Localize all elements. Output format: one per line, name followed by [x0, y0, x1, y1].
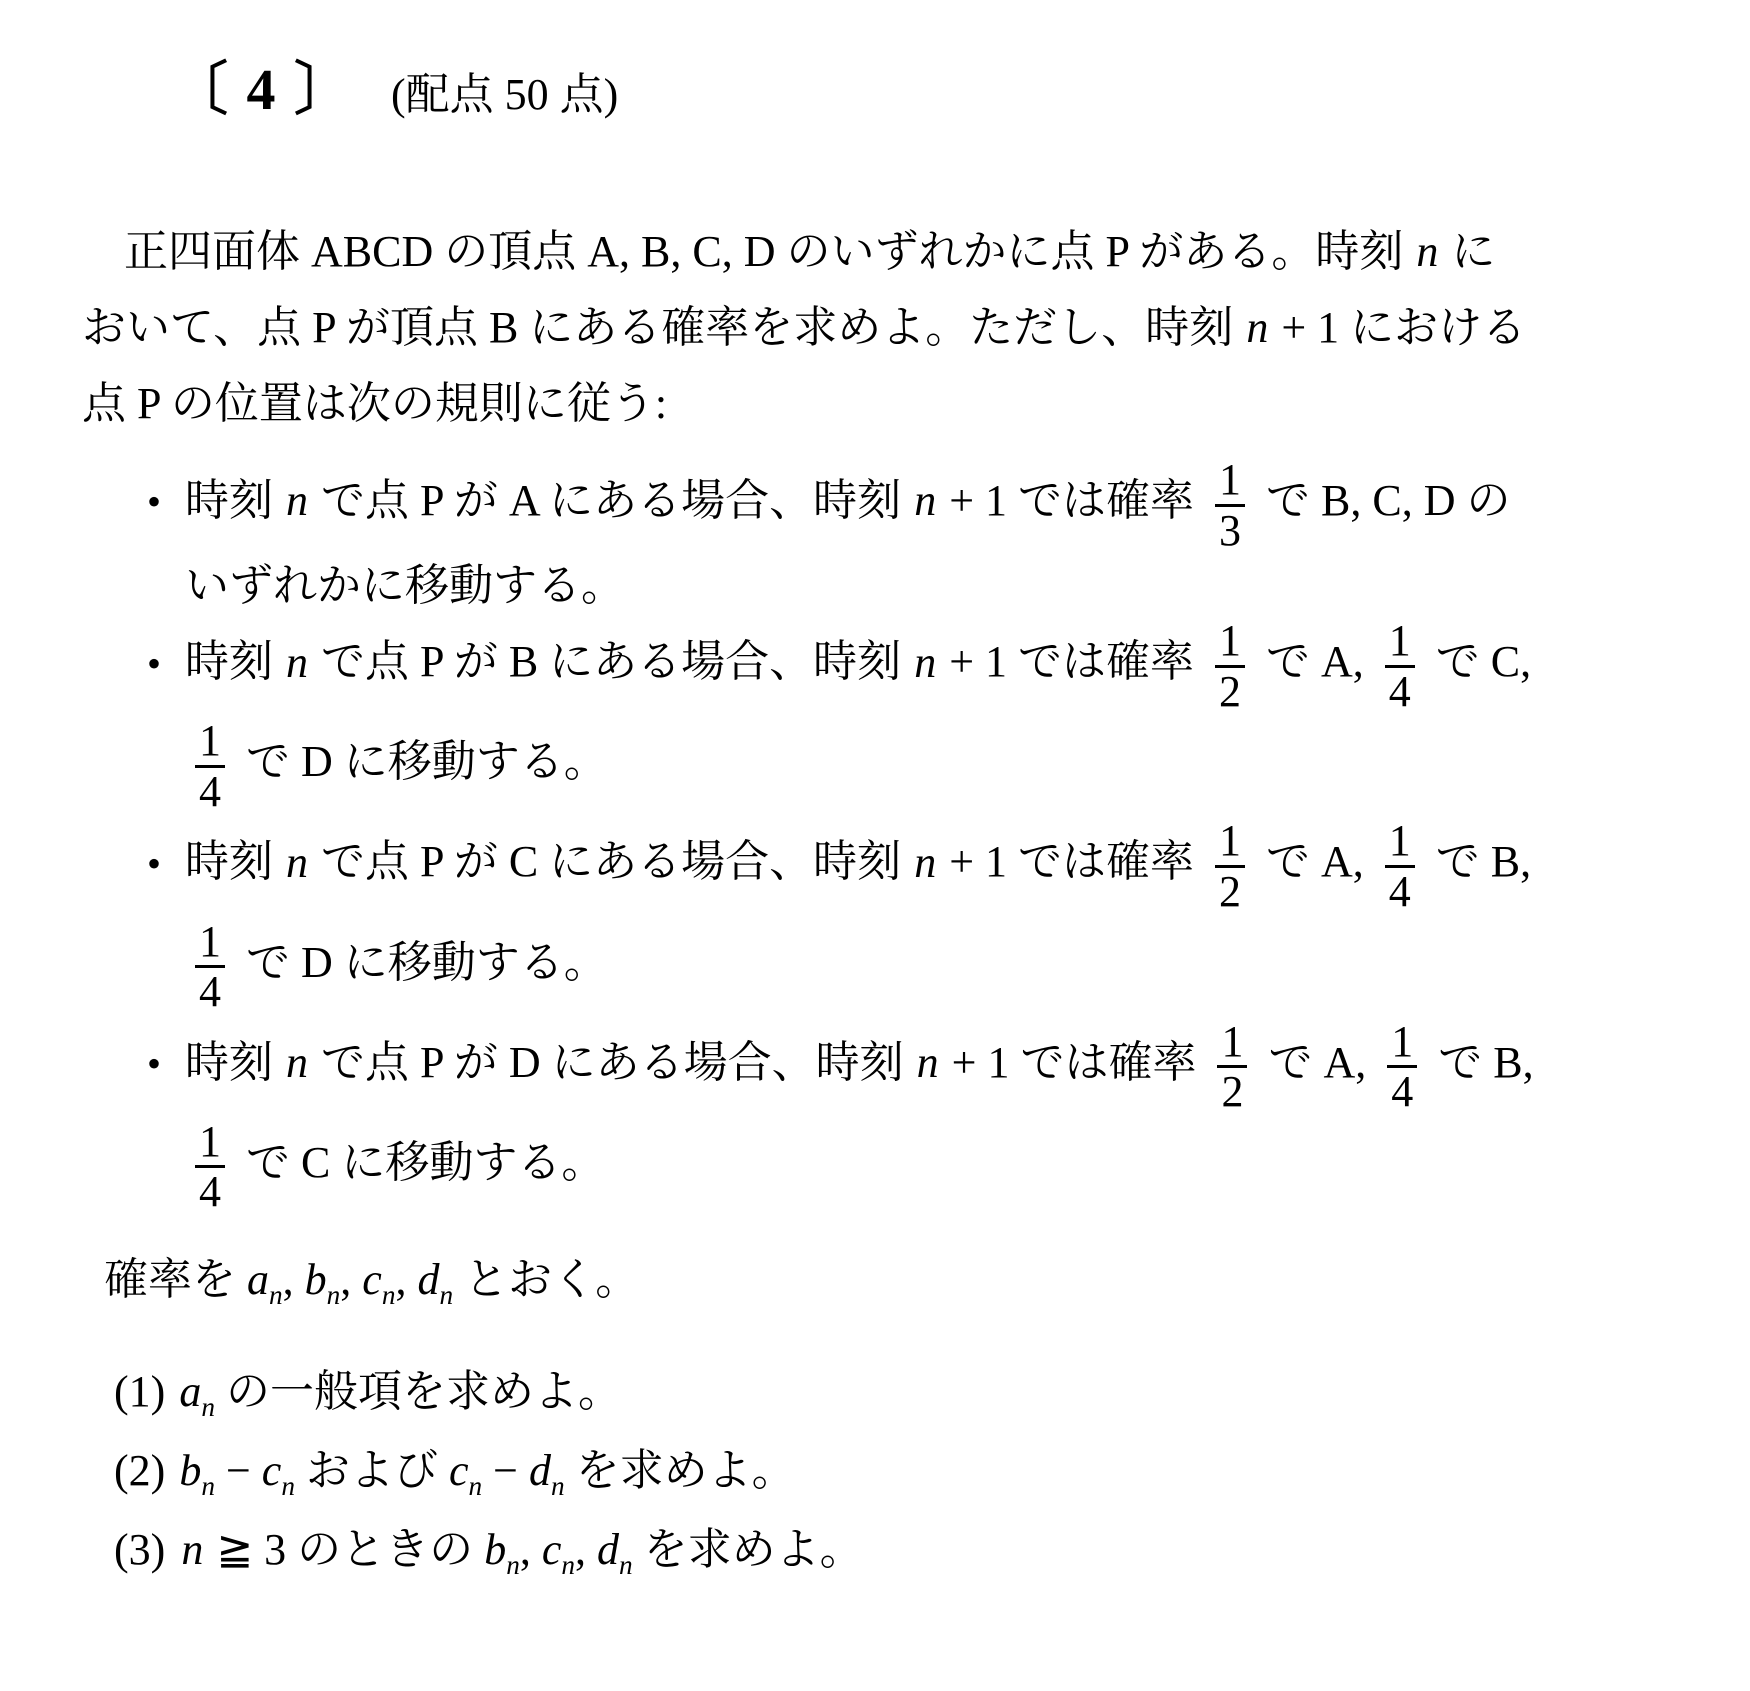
bullet-icon: •	[147, 1037, 185, 1091]
text-segment: 点 P の位置は次の規則に従う:	[82, 379, 667, 428]
bullet-icon: •	[147, 475, 185, 529]
variable-base: c	[542, 1525, 562, 1574]
variable-subscript: n	[382, 1279, 396, 1309]
fraction-numerator: 1	[195, 1118, 225, 1166]
math-subscript-variable: dn	[417, 1255, 453, 1304]
fraction-numerator: 1	[1215, 456, 1245, 504]
text-segment: で B, C, D の	[1255, 476, 1510, 525]
fraction: 14	[195, 1118, 225, 1216]
variable-base: a	[247, 1255, 269, 1304]
text-segment: で D に移動する。	[235, 738, 608, 787]
text-segment: で B,	[1425, 838, 1531, 887]
math-subscript-variable: cn	[449, 1446, 482, 1495]
fraction-denominator: 2	[1217, 1065, 1247, 1116]
questions-list: (1)an の一般項を求めよ。(2)bn − cn および cn − dn を求…	[114, 1366, 1670, 1576]
text-segment: を求めよ。	[565, 1446, 796, 1495]
text-segment: に	[1440, 227, 1495, 276]
variable-base: d	[529, 1446, 551, 1495]
fraction-numerator: 1	[195, 717, 225, 765]
math-subscript-variable: an	[179, 1367, 215, 1416]
text-segment: および	[295, 1446, 449, 1495]
intro-line-3: 点 P の位置は次の規則に従う:	[82, 366, 1670, 442]
math-variable: n	[284, 838, 310, 887]
question-line: (2)bn − cn および cn − dn を求めよ。	[114, 1445, 1670, 1497]
text-segment: いずれかに移動する。	[185, 561, 625, 610]
rule-line: •時刻 n で点 P が D にある場合、時刻 n + 1 では確率 12 で …	[185, 1018, 1670, 1116]
variable-subscript: n	[506, 1549, 520, 1579]
text-segment: ≧ 3 のときの	[205, 1525, 484, 1574]
text-segment: −	[482, 1446, 529, 1495]
math-variable: n	[912, 638, 938, 687]
fraction-denominator: 4	[195, 1165, 225, 1216]
math-subscript-variable: dn	[597, 1525, 633, 1574]
math-variable: n	[912, 838, 938, 887]
variable-base: a	[179, 1367, 201, 1416]
math-variable: n	[284, 638, 310, 687]
text-segment: + 1 では確率	[938, 638, 1205, 687]
document-page: 〔 4 〕 (配点 50 点) 正四面体 ABCD の頂点 A, B, C, D…	[0, 0, 1750, 1691]
variable-base: c	[449, 1446, 469, 1495]
text-segment: おいて、点 P が頂点 B にある確率を求めよ。ただし、時刻	[82, 303, 1244, 352]
text-segment: で A,	[1257, 1038, 1377, 1087]
bullet-icon: •	[147, 837, 185, 891]
text-segment: で D に移動する。	[235, 938, 608, 987]
variable-base: b	[305, 1255, 327, 1304]
variable-subscript: n	[281, 1470, 295, 1500]
math-subscript-variable: cn	[362, 1255, 395, 1304]
variable-subscript: n	[468, 1470, 482, 1500]
variable-subscript: n	[201, 1391, 215, 1421]
text-segment: 時刻	[185, 476, 284, 525]
fraction-numerator: 1	[1385, 617, 1415, 665]
math-variable: n	[284, 1038, 310, 1087]
text-segment: ,	[575, 1525, 597, 1574]
rule-item: •時刻 n で点 P が A にある場合、時刻 n + 1 では確率 13 で …	[185, 456, 1670, 615]
fraction: 12	[1217, 1018, 1247, 1116]
math-variable: n	[284, 476, 310, 525]
math-subscript-variable: bn	[484, 1525, 520, 1574]
text-segment: とおく。	[453, 1255, 639, 1304]
math-variable: n	[912, 476, 938, 525]
intro-line-1: 正四面体 ABCD の頂点 A, B, C, D のいずれかに点 P がある。時…	[82, 214, 1670, 290]
variable-subscript: n	[201, 1470, 215, 1500]
text-segment: + 1 における	[1270, 303, 1526, 352]
text-segment: 時刻	[185, 838, 284, 887]
text-segment: ,	[520, 1525, 542, 1574]
text-segment: で点 P が D にある場合、時刻	[310, 1038, 915, 1087]
text-segment: ,	[395, 1255, 417, 1304]
intro-paragraph: 正四面体 ABCD の頂点 A, B, C, D のいずれかに点 P がある。時…	[82, 214, 1670, 442]
rule-line: •時刻 n で点 P が C にある場合、時刻 n + 1 では確率 12 で …	[185, 817, 1670, 915]
rule-line: •時刻 n で点 P が A にある場合、時刻 n + 1 では確率 13 で …	[185, 456, 1670, 554]
variable-subscript: n	[439, 1279, 453, 1309]
math-variable: n	[1244, 303, 1270, 352]
fraction: 14	[1387, 1018, 1417, 1116]
text-segment: 時刻	[185, 638, 284, 687]
text-segment: で C,	[1425, 638, 1531, 687]
fraction-denominator: 4	[195, 765, 225, 816]
fraction-numerator: 1	[1385, 817, 1415, 865]
variable-base: c	[362, 1255, 382, 1304]
fraction-numerator: 1	[1387, 1018, 1417, 1066]
text-segment: −	[215, 1446, 262, 1495]
rule-line: 14 で D に移動する。	[185, 918, 1670, 1016]
fraction-numerator: 1	[195, 918, 225, 966]
rule-line: 14 で D に移動する。	[185, 717, 1670, 815]
problem-number: 〔 4 〕	[170, 57, 354, 122]
text-segment: 確率を	[104, 1255, 247, 1304]
text-segment: 正四面体 ABCD の頂点 A, B, C, D のいずれかに点 P がある。時…	[124, 227, 1414, 276]
text-segment: で点 P が B にある場合、時刻	[310, 638, 912, 687]
variable-base: d	[597, 1525, 619, 1574]
fraction-numerator: 1	[1215, 617, 1245, 665]
text-segment: 時刻	[185, 1038, 284, 1087]
text-segment: ,	[340, 1255, 362, 1304]
question-label: (1)	[114, 1367, 165, 1416]
variable-subscript: n	[551, 1470, 565, 1500]
math-subscript-variable: cn	[262, 1446, 295, 1495]
variable-base: d	[417, 1255, 439, 1304]
fraction-denominator: 2	[1215, 665, 1245, 716]
text-segment: で C に移動する。	[235, 1138, 605, 1187]
fraction-numerator: 1	[1217, 1018, 1247, 1066]
math-variable: n	[1414, 227, 1440, 276]
fraction-denominator: 4	[1387, 1065, 1417, 1116]
rule-line: 14 で C に移動する。	[185, 1118, 1670, 1216]
math-subscript-variable: dn	[529, 1446, 565, 1495]
variable-base: c	[262, 1446, 282, 1495]
text-segment: で A,	[1255, 638, 1375, 687]
rule-item: •時刻 n で点 P が B にある場合、時刻 n + 1 では確率 12 で …	[185, 617, 1670, 815]
fraction-denominator: 4	[1385, 665, 1415, 716]
fraction-denominator: 4	[1385, 865, 1415, 916]
text-segment: + 1 では確率	[938, 476, 1205, 525]
text-segment: を求めよ。	[633, 1525, 864, 1574]
text-segment: で点 P が A にある場合、時刻	[310, 476, 912, 525]
math-subscript-variable: bn	[179, 1446, 215, 1495]
variable-base: b	[179, 1446, 201, 1495]
variable-subscript: n	[327, 1279, 341, 1309]
points-label: (配点 50 点)	[391, 70, 618, 119]
rules-list: •時刻 n で点 P が A にある場合、時刻 n + 1 では確率 13 で …	[82, 456, 1670, 1216]
text-segment: で A,	[1255, 838, 1375, 887]
question-line: (3)n ≧ 3 のときの bn, cn, dn を求めよ。	[114, 1524, 1670, 1576]
closing-line: 確率を an, bn, cn, dn とおく。	[104, 1250, 1670, 1310]
text-segment: ,	[283, 1255, 305, 1304]
fraction: 12	[1215, 817, 1245, 915]
intro-line-2: おいて、点 P が頂点 B にある確率を求めよ。ただし、時刻 n + 1 におけ…	[82, 290, 1670, 366]
variable-base: b	[484, 1525, 506, 1574]
text-segment: の一般項を求めよ。	[215, 1367, 622, 1416]
math-subscript-variable: cn	[542, 1525, 575, 1574]
math-subscript-variable: an	[247, 1255, 283, 1304]
math-variable: n	[915, 1038, 941, 1087]
question-label: (3)	[114, 1525, 165, 1574]
fraction-numerator: 1	[1215, 817, 1245, 865]
text-segment: で B,	[1427, 1038, 1533, 1087]
rule-item: •時刻 n で点 P が C にある場合、時刻 n + 1 では確率 12 で …	[185, 817, 1670, 1015]
math-subscript-variable: bn	[305, 1255, 341, 1304]
rule-item: •時刻 n で点 P が D にある場合、時刻 n + 1 では確率 12 で …	[185, 1018, 1670, 1216]
fraction: 14	[195, 918, 225, 1016]
fraction: 14	[195, 717, 225, 815]
math-variable: n	[179, 1525, 205, 1574]
text-segment: + 1 では確率	[941, 1038, 1208, 1087]
fraction: 14	[1385, 617, 1415, 715]
fraction: 12	[1215, 617, 1245, 715]
question-label: (2)	[114, 1446, 165, 1495]
question-line: (1)an の一般項を求めよ。	[114, 1366, 1670, 1418]
fraction: 13	[1215, 456, 1245, 554]
variable-subscript: n	[619, 1549, 633, 1579]
bullet-icon: •	[147, 637, 185, 691]
variable-subscript: n	[561, 1549, 575, 1579]
problem-header: 〔 4 〕 (配点 50 点)	[170, 42, 1670, 126]
text-segment: で点 P が C にある場合、時刻	[310, 838, 912, 887]
fraction-denominator: 4	[195, 965, 225, 1016]
fraction-denominator: 3	[1215, 504, 1245, 555]
fraction: 14	[1385, 817, 1415, 915]
rule-line: いずれかに移動する。	[185, 556, 1670, 615]
fraction-denominator: 2	[1215, 865, 1245, 916]
rule-line: •時刻 n で点 P が B にある場合、時刻 n + 1 では確率 12 で …	[185, 617, 1670, 715]
text-segment: + 1 では確率	[938, 838, 1205, 887]
variable-subscript: n	[269, 1279, 283, 1309]
